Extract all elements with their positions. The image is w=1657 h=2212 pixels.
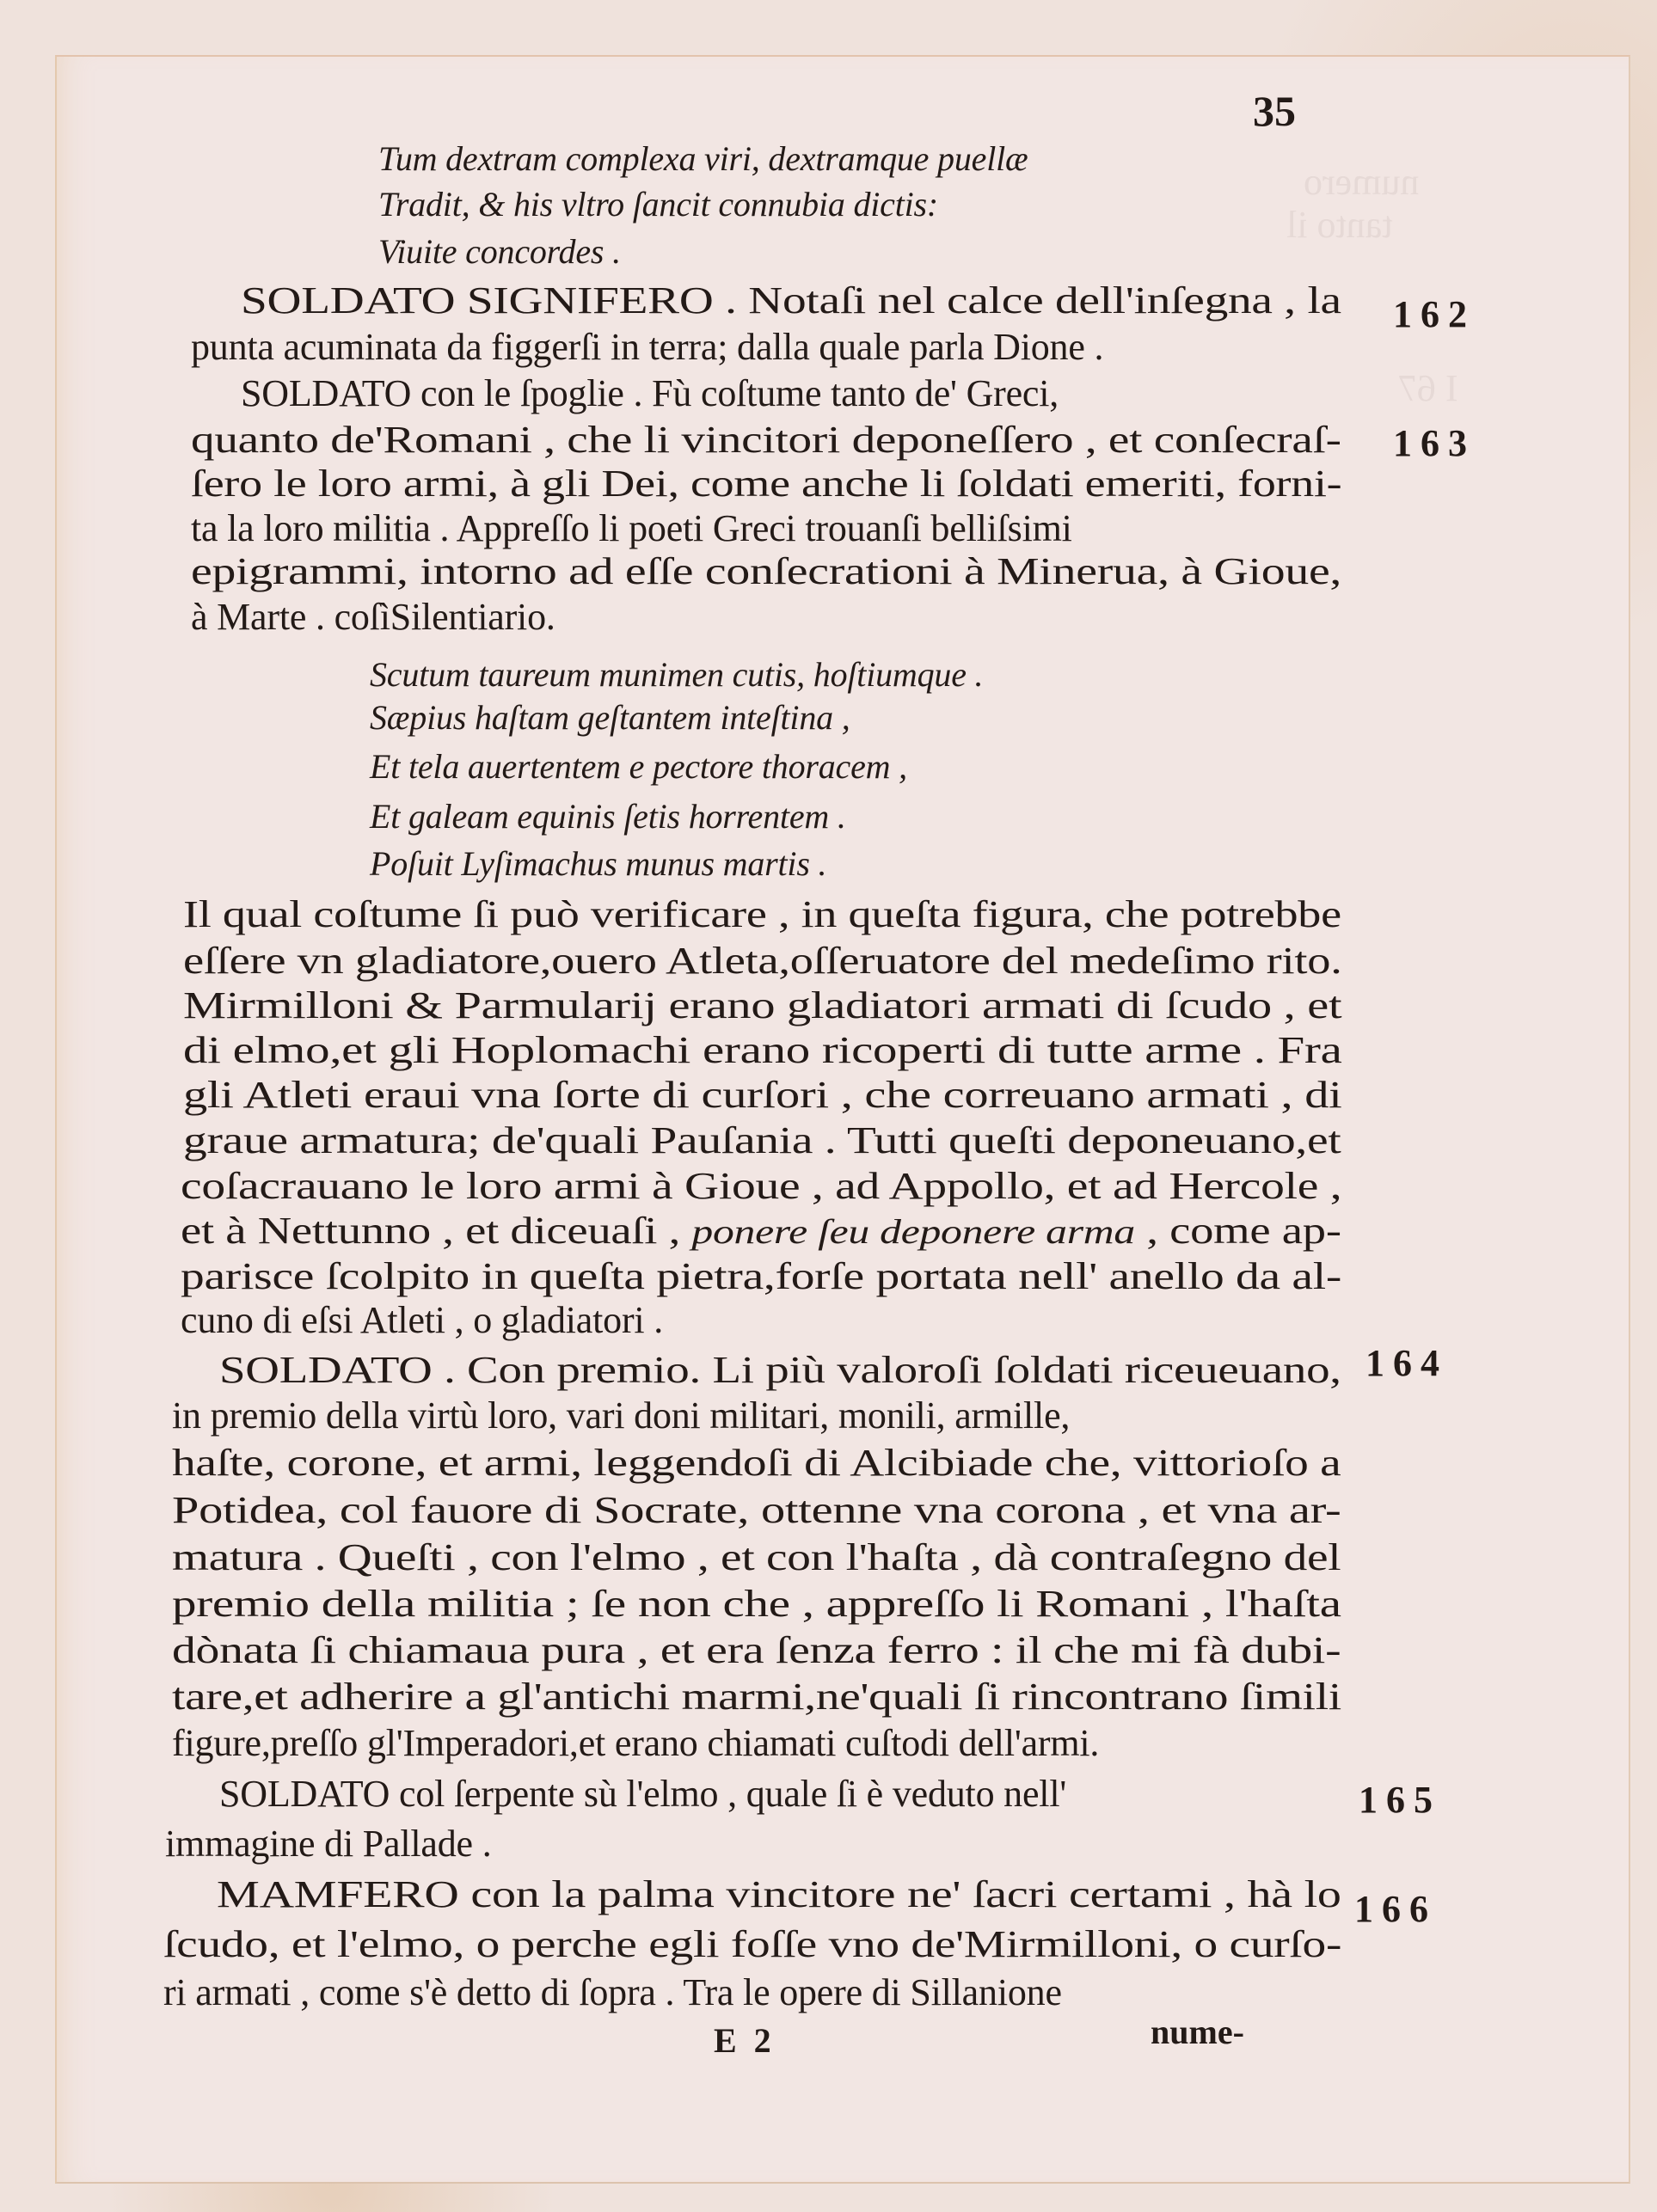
margin-number: 166 — [1354, 1887, 1437, 1931]
verse-line: Tradit, & his vltro ſancit connubia dict… — [378, 187, 938, 222]
paragraph-line: MAMFERO con la palma vincitore ne' ſacri… — [217, 1876, 1341, 1914]
paragraph-line: matura . Queſti , con l'elmo , et con l'… — [172, 1539, 1341, 1577]
latin-phrase: ponere ſeu deponere arma — [691, 1212, 1135, 1251]
paragraph-line: epigrammi, intorno ad eſſe conſecrationi… — [191, 553, 1341, 591]
paragraph-line: cuno di eſsi Atleti , o gladiatori . — [181, 1302, 663, 1339]
paragraph-line: SOLDATO . Con premio. Li più valoroſi ſo… — [219, 1351, 1341, 1389]
paragraph-line: parisce ſcolpito in queſta pietra,forſe … — [181, 1258, 1341, 1296]
paragraph-line: premio della militia ; ſe non che , appr… — [172, 1585, 1341, 1623]
catchword: nume- — [1151, 2012, 1244, 2052]
paragraph-text: , come ap- — [1135, 1210, 1341, 1252]
paragraph-line: punta acuminata da figgerſi in terra; da… — [191, 328, 1103, 366]
paragraph-line: à Marte . coſìSilentiario. — [191, 598, 555, 636]
paragraph-line: figure,preſſo gl'Imperadori,et erano chi… — [172, 1725, 1099, 1762]
margin-number: 164 — [1365, 1341, 1448, 1385]
paragraph-line: et à Nettunno , et diceuaſi , ponere ſeu… — [181, 1212, 1341, 1250]
paragraph-line: SOLDATO con le ſpoglie . Fù coſtume tant… — [241, 375, 1059, 413]
paragraph-line: haſte, corone, et armi, leggendoſi di Al… — [172, 1444, 1341, 1482]
margin-number: 163 — [1393, 421, 1476, 465]
verse-line: Scutum taureum munimen cutis, hoſtiumque… — [370, 658, 983, 692]
paragraph-line: dònata ſi chiamaua pura , et era ſenza f… — [172, 1632, 1341, 1670]
paragraph-line: in premio della virtù loro, vari doni mi… — [172, 1397, 1070, 1435]
paragraph-line: gli Atleti eraui vna ſorte di curſori , … — [183, 1076, 1342, 1114]
paragraph-line: tare,et adherire a gl'antichi marmi,ne'q… — [172, 1678, 1341, 1716]
verse-line: Tum dextram complexa viri, dextramque pu… — [378, 142, 1028, 176]
show-through-text: numero — [1304, 160, 1419, 204]
paragraph-line: Potidea, col fauore di Socrate, ottenne … — [172, 1492, 1341, 1529]
paragraph-text: et à Nettunno , et diceuaſi , — [181, 1210, 691, 1252]
paragraph-line: ta la loro militia . Appreſſo li poeti G… — [191, 510, 1072, 548]
paragraph-line: Mirmilloni & Parmularij erano gladiatori… — [183, 987, 1341, 1025]
verse-line: Et tela auertentem e pectore thoracem , — [370, 750, 907, 784]
paragraph-line: graue armatura; de'quali Pauſania . Tutt… — [183, 1122, 1341, 1160]
show-through-text: tanto il — [1286, 203, 1392, 247]
paragraph-line: di elmo,et gli Hoplomachi erano ricopert… — [183, 1032, 1342, 1069]
show-through-text: I 67 — [1398, 366, 1458, 410]
page-number: 35 — [1253, 86, 1296, 136]
signature-mark: E 2 — [714, 2020, 771, 2061]
paragraph-line: Il qual coſtume ſi può verificare , in q… — [183, 896, 1341, 934]
paragraph-line: quanto de'Romani , che li vincitori depo… — [191, 421, 1341, 459]
paragraph-line: coſacrauano le loro armi à Gioue , ad Ap… — [181, 1167, 1341, 1205]
verse-line: Viuite concordes . — [378, 235, 621, 269]
margin-number: 162 — [1393, 292, 1476, 336]
paragraph-line: ſero le loro armi, à gli Dei, come anche… — [191, 465, 1341, 503]
paragraph-line: SOLDATO SIGNIFERO . Notaſi nel calce del… — [241, 282, 1341, 320]
verse-line: Sæpius haſtam geſtantem inteſtina , — [370, 701, 850, 735]
paragraph-line: immagine di Pallade . — [165, 1825, 492, 1863]
margin-number: 165 — [1359, 1778, 1441, 1822]
paragraph-line: SOLDATO col ſerpente sù l'elmo , quale ſ… — [219, 1775, 1066, 1813]
paragraph-line: ri armati , come s'è detto di ſopra . Tr… — [163, 1974, 1062, 2012]
verse-line: Et galeam equinis ſetis horrentem . — [370, 800, 846, 834]
paragraph-line: eſſere vn gladiatore,ouero Atleta,oſſeru… — [183, 942, 1342, 980]
verse-line: Poſuit Lyſimachus munus martis . — [370, 847, 826, 881]
paragraph-line: ſcudo, et l'elmo, o perche egli foſſe vn… — [163, 1926, 1341, 1964]
